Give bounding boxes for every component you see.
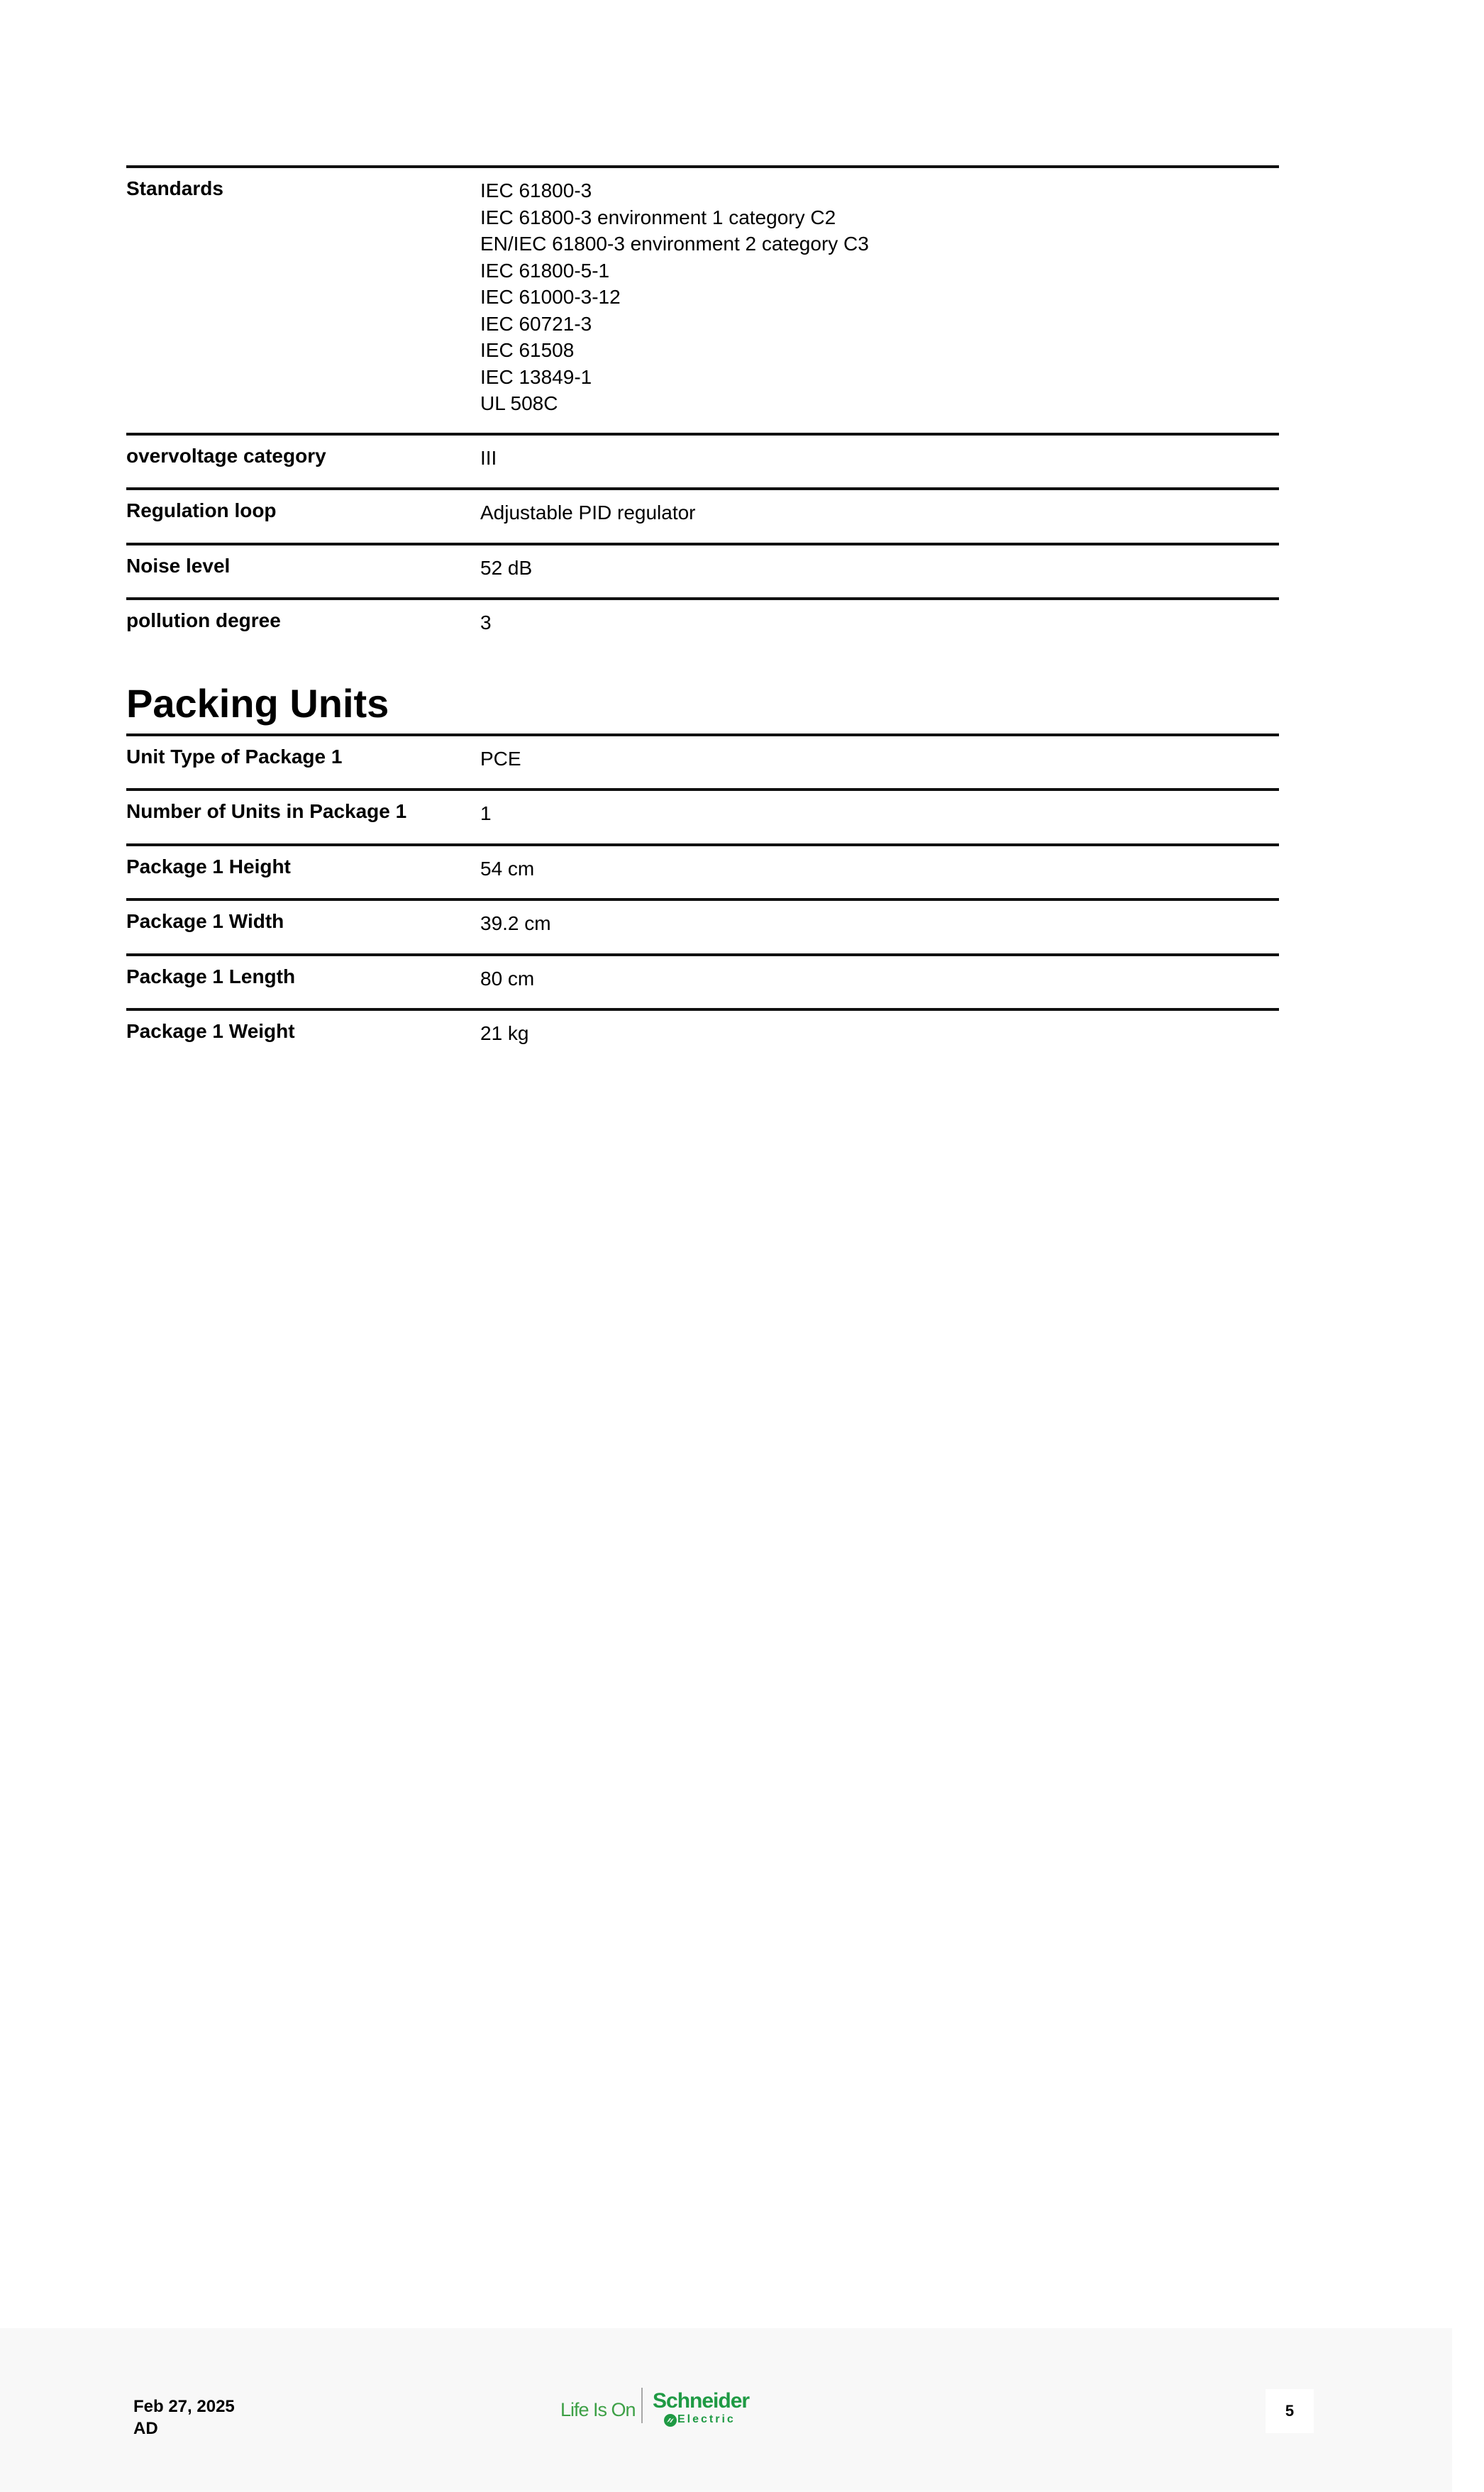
packing-value-text: 80 cm <box>480 965 1279 992</box>
spec-values: Adjustable PID regulator <box>480 490 1279 543</box>
spec-value: IEC 61000-3-12 <box>480 284 1279 311</box>
spec-row: StandardsIEC 61800-3IEC 61800-3 environm… <box>126 165 1279 433</box>
packing-value: 1 <box>480 791 1279 843</box>
spec-values: IEC 61800-3IEC 61800-3 environment 1 cat… <box>480 168 1279 433</box>
page-number: 5 <box>1266 2389 1314 2433</box>
packing-value-text: 1 <box>480 800 1279 827</box>
spec-values: 3 <box>480 600 1279 653</box>
packing-row: Unit Type of Package 1PCE <box>126 733 1279 789</box>
page-footer: Feb 27, 2025 AD Life Is On Schneider Ele… <box>0 2328 1452 2492</box>
schneider-electric-logo: Life Is On Schneider Electric <box>560 2383 759 2435</box>
packing-row: Package 1 Height54 cm <box>126 843 1279 899</box>
spec-value: IEC 60721-3 <box>480 311 1279 338</box>
packing-value: 39.2 cm <box>480 901 1279 953</box>
footer-date: Feb 27, 2025 <box>133 2396 235 2418</box>
footer-date-block: Feb 27, 2025 AD <box>133 2396 235 2440</box>
spec-value: IEC 13849-1 <box>480 364 1279 391</box>
packing-value-text: 54 cm <box>480 855 1279 882</box>
packing-row: Package 1 Length80 cm <box>126 953 1279 1009</box>
spec-value: IEC 61800-3 <box>480 177 1279 204</box>
spec-values: 52 dB <box>480 546 1279 598</box>
packing-units-table: Unit Type of Package 1PCENumber of Units… <box>126 733 1279 1063</box>
spec-value: UL 508C <box>480 390 1279 417</box>
packing-row: Package 1 Weight21 kg <box>126 1008 1279 1063</box>
spec-values: III <box>480 436 1279 488</box>
spec-row: overvoltage categoryIII <box>126 433 1279 488</box>
packing-row: Package 1 Width39.2 cm <box>126 898 1279 953</box>
spec-label: Regulation loop <box>126 490 480 543</box>
spec-value: III <box>480 445 1279 472</box>
logo-tagline: Life Is On <box>560 2399 636 2421</box>
spec-label: pollution degree <box>126 600 480 653</box>
packing-label: Unit Type of Package 1 <box>126 736 480 789</box>
document-content: StandardsIEC 61800-3IEC 61800-3 environm… <box>126 165 1279 1063</box>
spec-row: Noise level52 dB <box>126 543 1279 598</box>
specs-table: StandardsIEC 61800-3IEC 61800-3 environm… <box>126 165 1279 653</box>
packing-label: Package 1 Weight <box>126 1011 480 1063</box>
spec-value: EN/IEC 61800-3 environment 2 category C3 <box>480 231 1279 257</box>
schneider-electric-logo-icon <box>663 2413 678 2427</box>
logo-sub: Electric <box>677 2413 736 2426</box>
spec-label: overvoltage category <box>126 436 480 488</box>
packing-value: 80 cm <box>480 956 1279 1009</box>
packing-value-text: PCE <box>480 746 1279 772</box>
spec-value: 3 <box>480 609 1279 636</box>
spec-row: pollution degree3 <box>126 597 1279 653</box>
packing-row: Number of Units in Package 11 <box>126 788 1279 843</box>
packing-label: Package 1 Length <box>126 956 480 1009</box>
spec-value: Adjustable PID regulator <box>480 499 1279 526</box>
packing-value-text: 21 kg <box>480 1020 1279 1047</box>
logo-divider <box>641 2388 643 2423</box>
spec-value: 52 dB <box>480 555 1279 582</box>
packing-value-text: 39.2 cm <box>480 910 1279 937</box>
footer-era: AD <box>133 2418 235 2440</box>
spec-value: IEC 61800-3 environment 1 category C2 <box>480 204 1279 231</box>
spec-value: IEC 61508 <box>480 337 1279 364</box>
packing-label: Package 1 Width <box>126 901 480 953</box>
section-title-packing-units: Packing Units <box>126 681 1279 726</box>
packing-label: Package 1 Height <box>126 846 480 899</box>
spec-value: IEC 61800-5-1 <box>480 257 1279 284</box>
packing-label: Number of Units in Package 1 <box>126 791 480 843</box>
packing-value: 21 kg <box>480 1011 1279 1063</box>
spec-row: Regulation loopAdjustable PID regulator <box>126 487 1279 543</box>
spec-label: Standards <box>126 168 480 433</box>
logo-brand: Schneider <box>653 2389 749 2413</box>
packing-value: PCE <box>480 736 1279 789</box>
spec-label: Noise level <box>126 546 480 598</box>
packing-value: 54 cm <box>480 846 1279 899</box>
